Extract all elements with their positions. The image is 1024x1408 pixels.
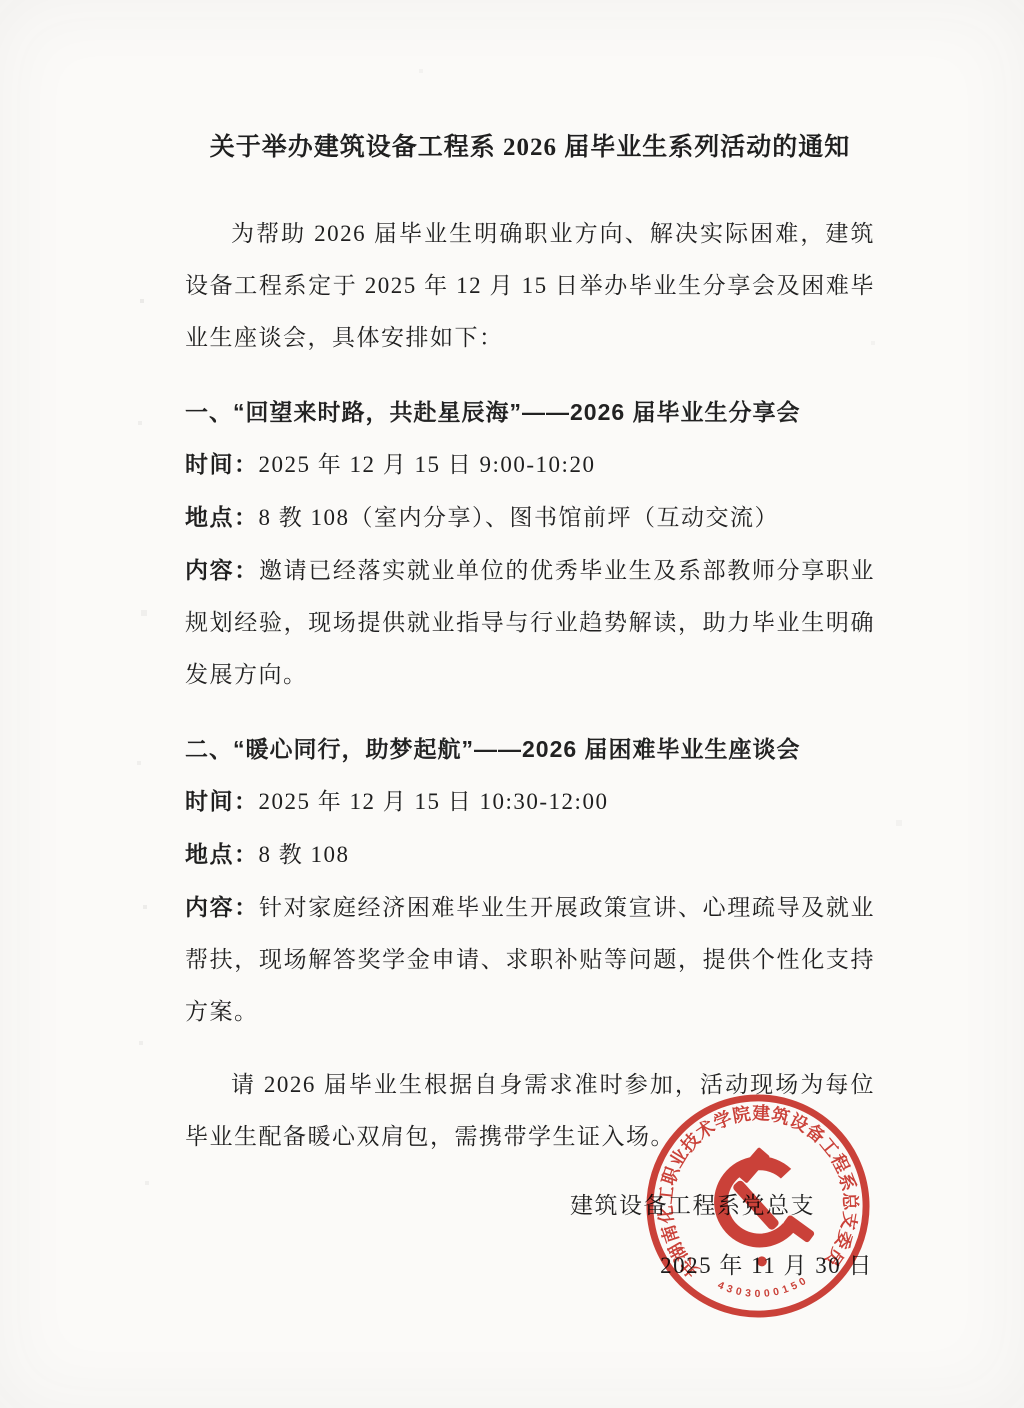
section-1-place-line: 地点：8 教 108（室内分享）、图书馆前坪（互动交流） [185,491,875,544]
place-value: 8 教 108（室内分享）、图书馆前坪（互动交流） [259,505,780,530]
document-page: 关于举办建筑设备工程系 2026 届毕业生系列活动的通知 为帮助 2026 届毕… [0,0,1024,1408]
section-symposium: 二、“暖心同行，助梦起航”——2026 届困难毕业生座谈会 时间：2025 年 … [185,723,875,1038]
section-1-content-line: 内容：邀请已经落实就业单位的优秀毕业生及系部教师分享职业规划经验，现场提供就业指… [185,544,875,701]
time-value: 2025 年 12 月 15 日 9:00-10:20 [259,452,596,477]
section-2-content-line: 内容：针对家庭经济困难毕业生开展政策宣讲、心理疏导及就业帮扶，现场解答奖学金申请… [185,881,875,1038]
seal-number: 4303000150 [715,1274,812,1303]
place-value: 8 教 108 [259,842,350,867]
page-title: 关于举办建筑设备工程系 2026 届毕业生系列活动的通知 [185,128,875,168]
time-label: 时间： [185,451,259,477]
place-label: 地点： [185,841,259,867]
time-value: 2025 年 12 月 15 日 10:30-12:00 [259,789,609,814]
content-label: 内容： [185,894,259,920]
section-2-place-line: 地点：8 教 108 [185,828,875,881]
content-value: 邀请已经落实就业单位的优秀毕业生及系部教师分享职业规划经验，现场提供就业指导与行… [185,558,875,687]
time-label: 时间： [185,788,259,814]
official-seal: 中共湖南化工职业技术学院建筑设备工程系总支委员会 4303000150 [636,1084,879,1327]
content-value: 针对家庭经济困难毕业生开展政策宣讲、心理疏导及就业帮扶，现场解答奖学金申请、求职… [185,895,875,1024]
hammer-sickle-icon [710,1143,816,1250]
intro-paragraph: 为帮助 2026 届毕业生明确职业方向、解决实际困难，建筑设备工程系定于 202… [185,208,875,364]
section-share-meeting: 一、“回望来时路，共赴星辰海”——2026 届毕业生分享会 时间：2025 年 … [185,386,875,701]
section-2-time-line: 时间：2025 年 12 月 15 日 10:30-12:00 [185,775,875,828]
place-label: 地点： [185,504,259,530]
section-2-heading: 二、“暖心同行，助梦起航”——2026 届困难毕业生座谈会 [185,723,875,775]
section-1-time-line: 时间：2025 年 12 月 15 日 9:00-10:20 [185,438,875,491]
scan-noise [0,0,2,2]
content-label: 内容： [185,557,259,583]
seal-ring-text: 中共湖南化工职业技术学院建筑设备工程系总支委员会 [636,1084,866,1285]
section-1-heading: 一、“回望来时路，共赴星辰海”——2026 届毕业生分享会 [185,386,875,438]
seal-ring-text-holder: 中共湖南化工职业技术学院建筑设备工程系总支委员会 [636,1084,866,1285]
seal-dot [757,1256,768,1267]
seal-number-holder: 4303000150 [715,1274,812,1303]
